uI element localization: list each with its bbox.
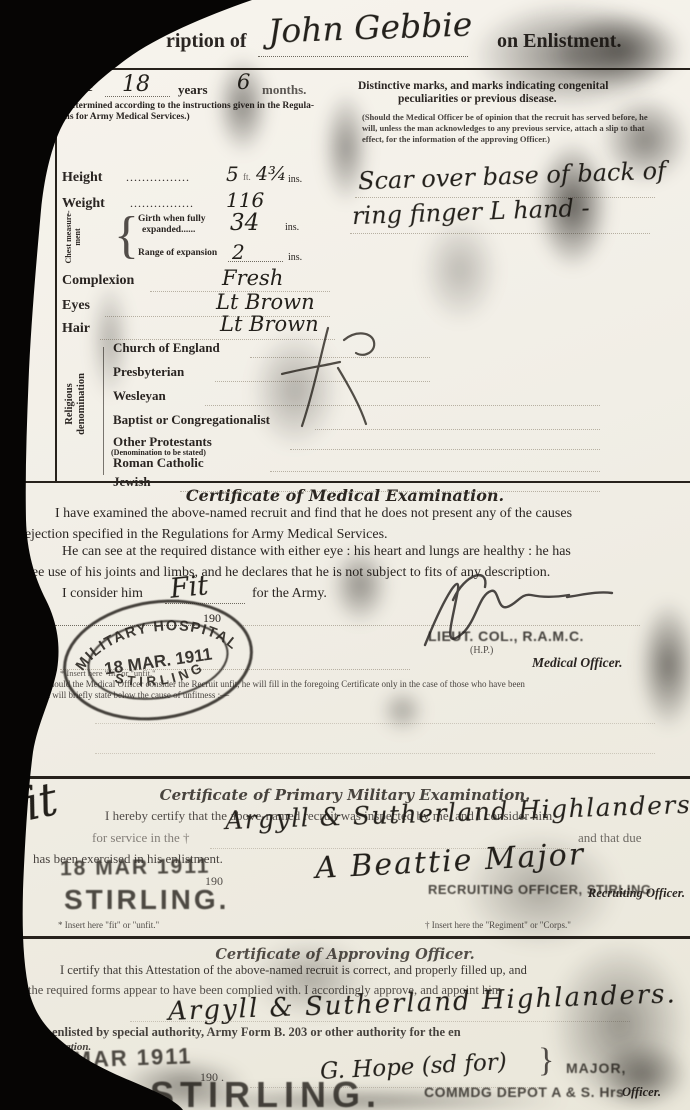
attestation-form-page: ription of John Gebbie on Enlistment. t … — [0, 0, 690, 1110]
torn-edge-overlay — [0, 0, 690, 1110]
